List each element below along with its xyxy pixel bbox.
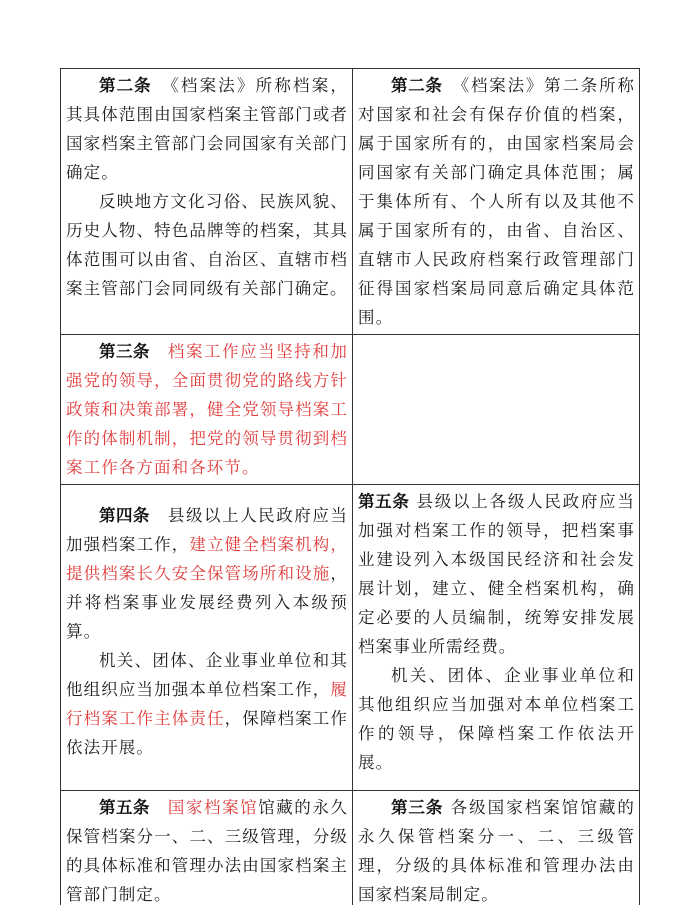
paragraph: 第二条 《档案法》所称档案，其具体范围由国家档案主管部门或者国家档案主管部门会同…	[66, 71, 348, 187]
paragraph: 反映地方文化习俗、民族风貌、历史人物、特色品牌等的档案，其具体范围可以由省、自治…	[66, 187, 348, 303]
paragraph-text	[150, 798, 168, 817]
paragraph: 机关、团体、企业事业单位和其他组织应当加强本单位档案工作，履行档案工作主体责任，…	[66, 646, 348, 762]
article-number: 第五条	[99, 798, 150, 817]
new-article-cell: 第五条 国家档案馆馆藏的永久保管档案分一、二、三级管理，分级的具体标准和管理办法…	[61, 791, 353, 905]
article-number: 第二条	[391, 76, 443, 95]
old-article-cell: 第三条 各级国家档案馆馆藏的永久保管档案分一、二、三级管理，分级的具体标准和管理…	[353, 791, 640, 905]
paragraph-text: 反映地方文化习俗、民族风貌、历史人物、特色品牌等的档案，其具体范围可以由省、自治…	[66, 192, 348, 298]
paragraph-text: 《档案法》第二条所称对国家和社会有保存价值的档案，属于国家所有的，由国家档案局会…	[358, 76, 635, 327]
article-number: 第四条	[99, 506, 150, 525]
paragraph: 第四条 县级以上人民政府应当加强档案工作，建立健全档案机构，提供档案长久安全保管…	[66, 501, 348, 646]
table-row: 第二条 《档案法》所称档案，其具体范围由国家档案主管部门或者国家档案主管部门会同…	[61, 69, 640, 335]
paragraph-text: 县级以上各级人民政府应当加强对档案工作的领导，把档案事业建设列入本级国民经济和社…	[358, 492, 635, 656]
new-article-cell: 第二条 《档案法》所称档案，其具体范围由国家档案主管部门或者国家档案主管部门会同…	[61, 69, 353, 335]
table-row: 第三条 档案工作应当坚持和加强党的领导，全面贯彻党的路线方针政策和决策部署，健全…	[61, 335, 640, 485]
paragraph: 机关、团体、企业事业单位和其他组织应当加强对本单位档案工作的领导，保障档案工作依…	[358, 661, 635, 777]
comparison-table: 第二条 《档案法》所称档案，其具体范围由国家档案主管部门或者国家档案主管部门会同…	[60, 68, 640, 905]
paragraph-text	[150, 342, 168, 361]
paragraph: 第二条 《档案法》第二条所称对国家和社会有保存价值的档案，属于国家所有的，由国家…	[358, 71, 635, 332]
new-article-cell: 第三条 档案工作应当坚持和加强党的领导，全面贯彻党的路线方针政策和决策部署，健全…	[61, 335, 353, 485]
old-article-cell: 第二条 《档案法》第二条所称对国家和社会有保存价值的档案，属于国家所有的，由国家…	[353, 69, 640, 335]
paragraph: 第三条 各级国家档案馆馆藏的永久保管档案分一、二、三级管理，分级的具体标准和管理…	[358, 793, 635, 905]
article-number: 第二条	[99, 76, 152, 95]
added-text-highlight: 档案工作应当坚持和加强党的领导，全面贯彻党的路线方针政策和决策部署，健全党领导档…	[66, 342, 348, 477]
table-row: 第四条 县级以上人民政府应当加强档案工作，建立健全档案机构，提供档案长久安全保管…	[61, 485, 640, 791]
old-article-cell: 第五条 县级以上各级人民政府应当加强对档案工作的领导，把档案事业建设列入本级国民…	[353, 485, 640, 791]
paragraph: 第五条 国家档案馆馆藏的永久保管档案分一、二、三级管理，分级的具体标准和管理办法…	[66, 793, 348, 905]
article-number: 第三条	[391, 798, 443, 817]
paragraph-text: 机关、团体、企业事业单位和其他组织应当加强本单位档案工作，	[66, 651, 348, 699]
old-article-cell-empty	[353, 335, 640, 485]
new-article-cell: 第四条 县级以上人民政府应当加强档案工作，建立健全档案机构，提供档案长久安全保管…	[61, 485, 353, 791]
paragraph-text: 机关、团体、企业事业单位和其他组织应当加强对本单位档案工作的领导，保障档案工作依…	[358, 666, 635, 772]
article-number: 第五条	[358, 492, 410, 511]
added-text-highlight: 国家档案馆	[168, 798, 258, 817]
paragraph: 第五条 县级以上各级人民政府应当加强对档案工作的领导，把档案事业建设列入本级国民…	[358, 487, 635, 661]
article-number: 第三条	[99, 342, 150, 361]
paragraph: 第三条 档案工作应当坚持和加强党的领导，全面贯彻党的路线方针政策和决策部署，健全…	[66, 337, 348, 482]
table-row: 第五条 国家档案馆馆藏的永久保管档案分一、二、三级管理，分级的具体标准和管理办法…	[61, 791, 640, 905]
